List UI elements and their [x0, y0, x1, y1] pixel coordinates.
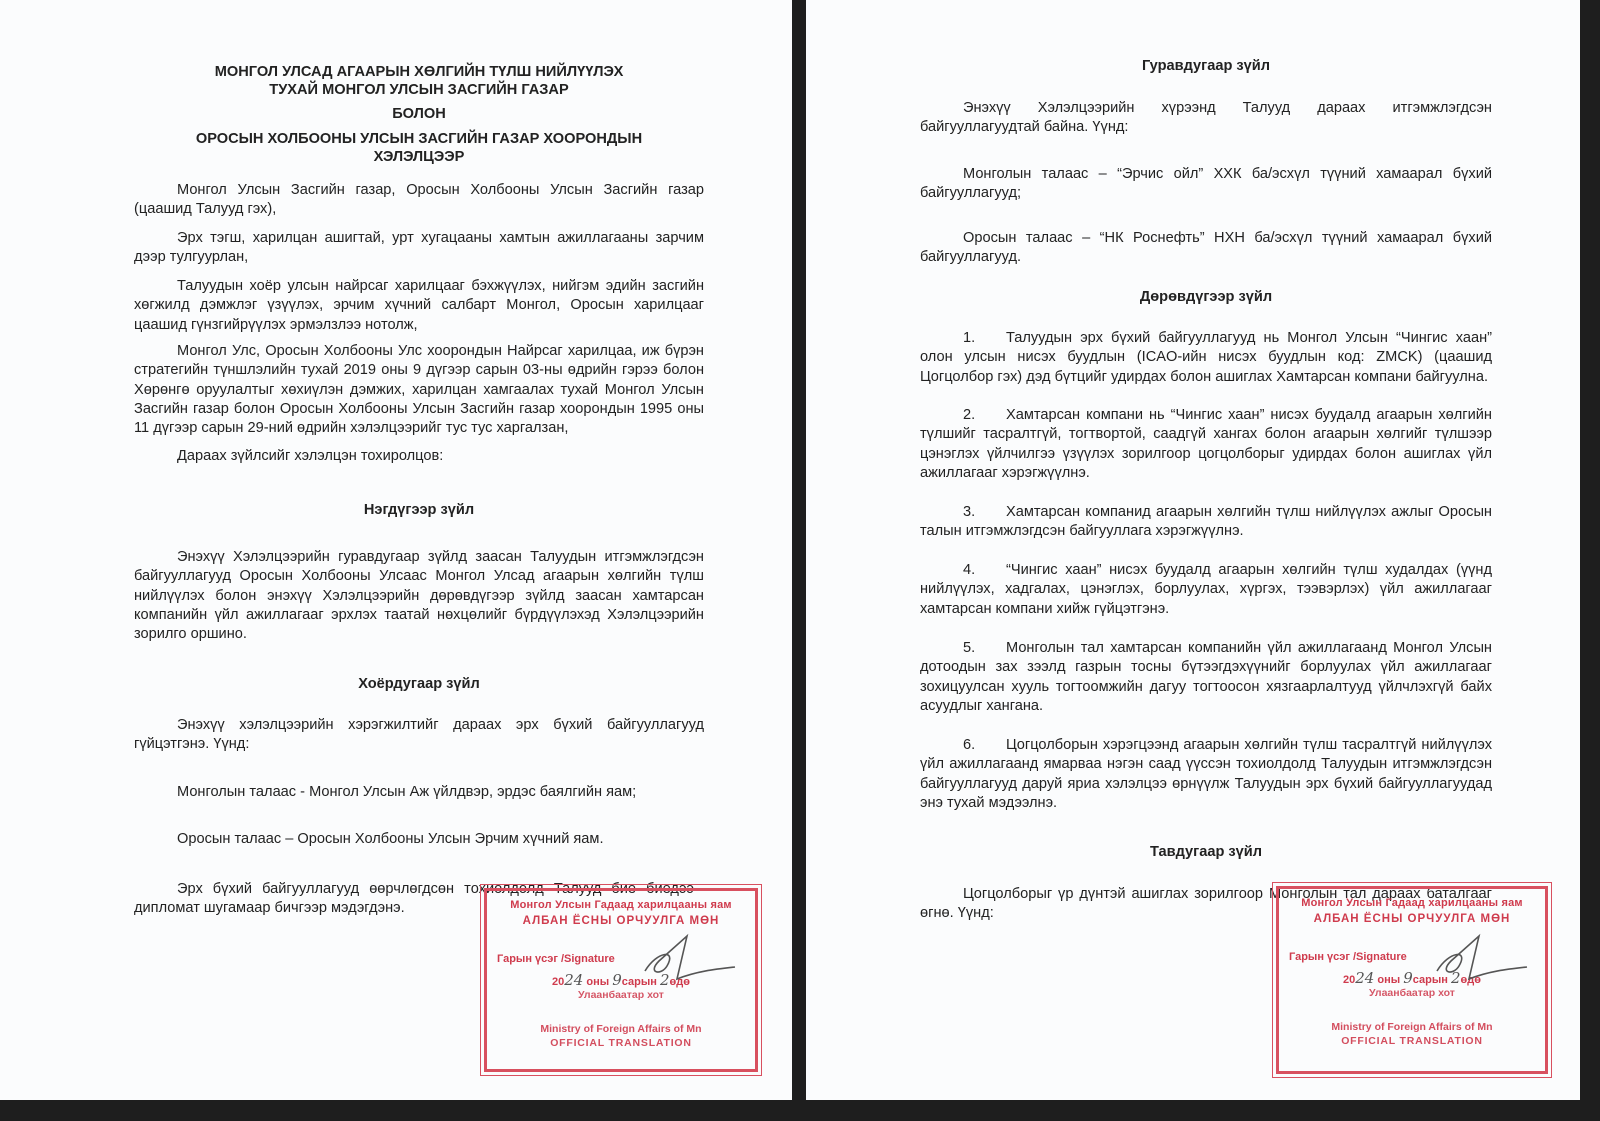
stamp-official-en: OFFICIAL TRANSLATION [1279, 1035, 1545, 1047]
preamble-paragraph: Монгол Улс, Оросын Холбооны Улс хооронды… [134, 342, 704, 438]
stamp-ministry-en: Ministry of Foreign Affairs of Mn [1279, 1021, 1545, 1033]
article-paragraph: Энэхүү Хэлэлцээрийн хүрээнд Талууд дараа… [920, 99, 1492, 138]
article-heading: Нэгдүгээр зүйл [134, 501, 704, 520]
stamp-city: Улаанбаатар хот [1279, 987, 1545, 999]
stamp-ministry-mn: Монгол Улсын Гадаад харилцааны яам [1279, 897, 1545, 909]
stamp-ministry-en: Ministry of Foreign Affairs of Mn [487, 1023, 755, 1035]
preamble-paragraph: Талуудын хоёр улсын найрсаг харилцааг бэ… [134, 277, 704, 335]
document-page-left: МОНГОЛ УЛСАД АГААРЫН ХӨЛГИЙН ТҮЛШ НИЙЛҮҮ… [0, 0, 792, 1100]
official-translation-stamp: Монгол Улсын Гадаад харилцааны яам АЛБАН… [1276, 886, 1548, 1074]
article-paragraph: Энэхүү Хэлэлцээрийн гуравдугаар зүйлд за… [134, 548, 704, 644]
numbered-clause: 6.Цогцолборын хэрэгцээнд агаарын хөлгийн… [920, 736, 1492, 813]
preamble-paragraph: Дараах зүйлсийг хэлэлцэн тохиролцов: [134, 447, 704, 466]
article-heading: Дөрөвдүгээр зүйл [920, 288, 1492, 307]
article-paragraph: Энэхүү хэлэлцээрийн хэрэгжилтийг дараах … [134, 716, 704, 755]
preamble-paragraph: Эрх тэгш, харилцан ашигтай, урт хугацаан… [134, 229, 704, 268]
stamp-official-en: OFFICIAL TRANSLATION [487, 1037, 755, 1049]
title-line: БОЛОН [134, 106, 704, 124]
official-translation-stamp: Монгол Улсын Гадаад харилцааны яам АЛБАН… [484, 888, 758, 1072]
article-heading: Хоёрдугаар зүйл [134, 675, 704, 694]
title-line: ТУХАЙ МОНГОЛ УЛСЫН ЗАСГИЙН ГАЗАР [134, 82, 704, 100]
numbered-clause: 4.“Чингис хаан” нисэх буудалд агаарын хө… [920, 561, 1492, 619]
article-list-item: Монголын талаас - Монгол Улсын Аж үйлдвэ… [134, 783, 704, 802]
numbered-clause: 1.Талуудын эрх бүхий байгууллагууд нь Мо… [920, 329, 1492, 387]
handwritten-signature-icon [1429, 931, 1529, 986]
title-part-3: ОРОСЫН ХОЛБООНЫ УЛСЫН ЗАСГИЙН ГАЗАР ХООР… [134, 131, 704, 166]
article-heading: Тавдугаар зүйл [920, 843, 1492, 862]
title-line: МОНГОЛ УЛСАД АГААРЫН ХӨЛГИЙН ТҮЛШ НИЙЛҮҮ… [134, 64, 704, 82]
article-list-item: Монголын талаас – “Эрчис ойл” ХХК ба/эсх… [920, 165, 1492, 204]
preamble-paragraph: Монгол Улсын Засгийн газар, Оросын Холбо… [134, 181, 704, 220]
handwritten-signature-icon [637, 931, 737, 986]
document-page-right: Гуравдугаар зүйл Энэхүү Хэлэлцээрийн хүр… [806, 0, 1580, 1100]
article-list-item: Оросын талаас – “НК Роснефть” НХН ба/эсх… [920, 229, 1492, 268]
numbered-clause: 3.Хамтарсан компанид агаарын хөлгийн түл… [920, 503, 1492, 542]
article-list-item: Оросын талаас – Оросын Холбооны Улсын Эр… [134, 830, 704, 849]
stamp-ministry-mn: Монгол Улсын Гадаад харилцааны яам [487, 899, 755, 911]
title-part-1: МОНГОЛ УЛСАД АГААРЫН ХӨЛГИЙН ТҮЛШ НИЙЛҮҮ… [134, 64, 704, 99]
article-heading: Гуравдугаар зүйл [920, 57, 1492, 76]
stamp-official-mn: АЛБАН ЁСНЫ ОРЧУУЛГА МӨН [1279, 913, 1545, 925]
stamp-city: Улаанбаатар хот [487, 989, 755, 1001]
numbered-clause: 2.Хамтарсан компани нь “Чингис хаан” нис… [920, 406, 1492, 483]
title-line: ОРОСЫН ХОЛБООНЫ УЛСЫН ЗАСГИЙН ГАЗАР ХООР… [134, 131, 704, 149]
title-line: ХЭЛЭЛЦЭЭР [134, 149, 704, 167]
numbered-clause: 5.Монголын тал хамтарсан компанийн үйл а… [920, 639, 1492, 716]
stamp-official-mn: АЛБАН ЁСНЫ ОРЧУУЛГА МӨН [487, 915, 755, 927]
